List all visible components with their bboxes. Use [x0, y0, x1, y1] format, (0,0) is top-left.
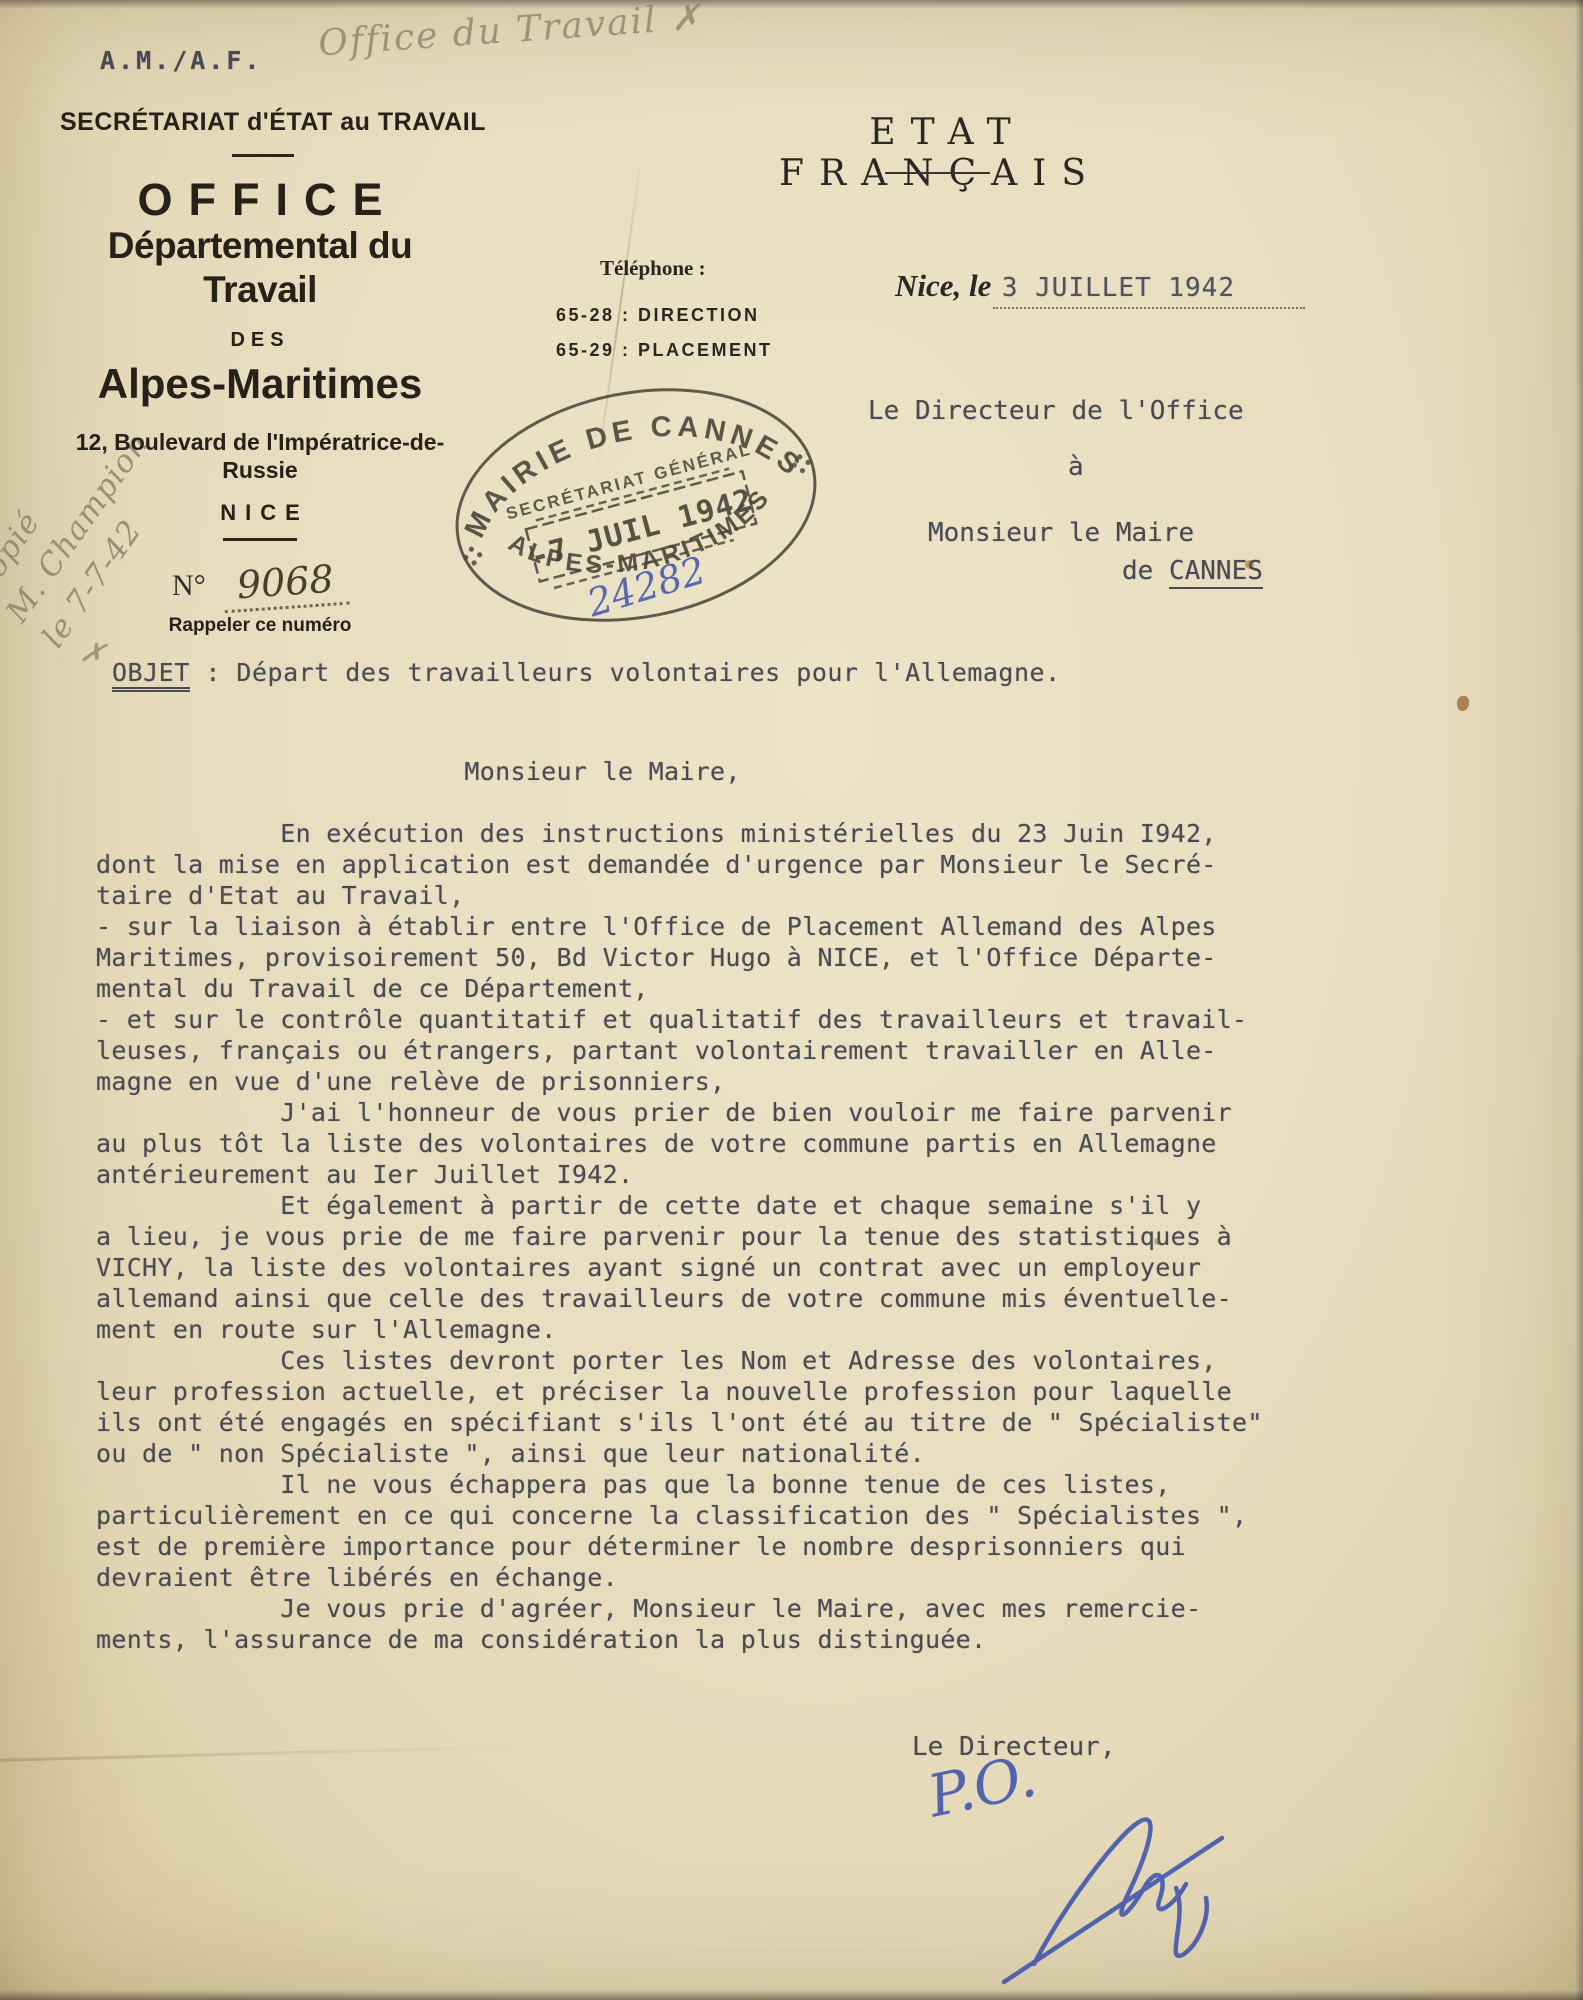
dateline-place: Nice, le — [895, 268, 991, 303]
subject-label: OBJET — [112, 658, 190, 692]
body-line: J'ai l'honneur de vous prier de bien vou… — [96, 1097, 1263, 1128]
recipient-line2: de CANNES — [1122, 556, 1263, 586]
body-line: antérieurement au Ier Juillet I942. — [96, 1159, 1263, 1190]
recipient-line2-prefix: de — [1122, 556, 1169, 586]
body-line: devraient être libérés en échange. — [96, 1562, 1263, 1593]
letterhead-departemental: Départemental du Travail — [55, 224, 465, 312]
body-line: Monsieur le Maire, — [96, 756, 1263, 787]
phone-number-line: 65-28 : DIRECTION — [556, 298, 773, 333]
dateline: Nice, le 3 JUILLET 1942 — [895, 268, 1235, 304]
ministry-title: SECRÉTARIAT d'ÉTAT au TRAVAIL — [60, 108, 486, 137]
body-line: leuses, français ou étrangers, partant v… — [96, 1035, 1263, 1066]
document-number-value: 9068 — [222, 556, 350, 614]
pencil-note-top: Office du Travail ✗ — [317, 0, 704, 64]
body-line: Maritimes, provisoirement 50, Bd Victor … — [96, 942, 1263, 973]
letterhead: OFFICE Départemental du Travail DES Alpe… — [55, 176, 465, 637]
dateline-date-stamp: 3 JUILLET 1942 — [1002, 273, 1235, 303]
paper-stain — [1457, 696, 1469, 711]
body-line: particulièrement en ce qui concerne la c… — [96, 1500, 1263, 1531]
letter-document: Office du Travail ✗ CopiéM. Championle 7… — [0, 0, 1583, 2000]
body-text: Monsieur le Maire, En exécution des inst… — [96, 756, 1263, 1655]
pencil-subject-mark: ✗ — [77, 634, 109, 673]
recipient-line1: Monsieur le Maire — [928, 518, 1194, 548]
phone-label: Téléphone : — [600, 256, 706, 281]
body-line: est de première importance pour détermin… — [96, 1531, 1263, 1562]
divider-rule — [885, 172, 990, 174]
paper-fold — [0, 1745, 520, 1762]
mairie-cannes-stamp: MAIRIE DE CANNES ALPES-MARITIMES SECRÉTA… — [415, 338, 858, 672]
sender-line: Le Directeur de l'Office — [868, 396, 1244, 426]
body-line: allemand ainsi que celle des travailleur… — [96, 1283, 1263, 1314]
document-number-label: N° — [172, 569, 206, 602]
body-line: VICHY, la liste des volontaires ayant si… — [96, 1252, 1263, 1283]
body-line: - sur la liaison à établir entre l'Offic… — [96, 911, 1263, 942]
divider-rule — [232, 154, 294, 157]
divider-rule — [223, 538, 297, 541]
document-number-note: Rappeler ce numéro — [55, 615, 465, 637]
letterhead-city: NICE — [55, 500, 465, 526]
body-line: leur profession actuelle, et préciser la… — [96, 1376, 1263, 1407]
body-line: mental du Travail de ce Département, — [96, 973, 1263, 1004]
body-line: magne en vue d'une relève de prisonniers… — [96, 1066, 1263, 1097]
signature-scrawl — [938, 1766, 1248, 1994]
recipient-prep: à — [1068, 452, 1084, 482]
body-line: ils ont été engagés en spécifiant s'ils … — [96, 1407, 1263, 1438]
body-line: dont la mise en application est demandée… — [96, 849, 1263, 880]
letterhead-office: OFFICE — [55, 176, 465, 224]
stamp-dots-left — [461, 545, 484, 568]
body-line: Ces listes devront porter les Nom et Adr… — [96, 1345, 1263, 1376]
body-line: En exécution des instructions ministérie… — [96, 818, 1263, 849]
body-line: ments, l'assurance de ma considération l… — [96, 1624, 1263, 1655]
body-line: a lieu, je vous prie de me faire parveni… — [96, 1221, 1263, 1252]
state-title: ETAT FRANÇAIS — [690, 112, 1190, 194]
file-reference: A.M./A.F. — [100, 46, 262, 75]
dateline-dotted-rule — [993, 307, 1305, 309]
body-line: taire d'Etat au Travail, — [96, 880, 1263, 911]
document-number-row: N° 9068 — [55, 560, 465, 609]
photo-edge-right — [1575, 0, 1583, 2000]
subject-separator: : — [190, 658, 237, 687]
photo-edge-top — [0, 0, 1583, 9]
body-line: au plus tôt la liste des volontaires de … — [96, 1128, 1263, 1159]
body-line: - et sur le contrôle quantitatif et qual… — [96, 1004, 1263, 1035]
body-line: ou de " non Spécialiste ", ainsi que leu… — [96, 1438, 1263, 1469]
body-line: Je vous prie d'agréer, Monsieur le Maire… — [96, 1593, 1263, 1624]
letterhead-alpes-maritimes: Alpes-Maritimes — [55, 360, 465, 408]
body-line — [96, 787, 1263, 818]
subject-text: Départ des travailleurs volontaires pour… — [236, 658, 1060, 687]
recipient-city: CANNES — [1169, 556, 1263, 589]
body-line: ment en route sur l'Allemagne. — [96, 1314, 1263, 1345]
photo-edge-bottom — [0, 1990, 1583, 2000]
body-line: Et également à partir de cette date et c… — [96, 1190, 1263, 1221]
letterhead-address: 12, Boulevard de l'Impératrice-de-Russie — [55, 428, 465, 484]
letterhead-des: DES — [55, 328, 465, 352]
body-line: Il ne vous échappera pas que la bonne te… — [96, 1469, 1263, 1500]
subject-line: OBJET : Départ des travailleurs volontai… — [112, 658, 1061, 687]
